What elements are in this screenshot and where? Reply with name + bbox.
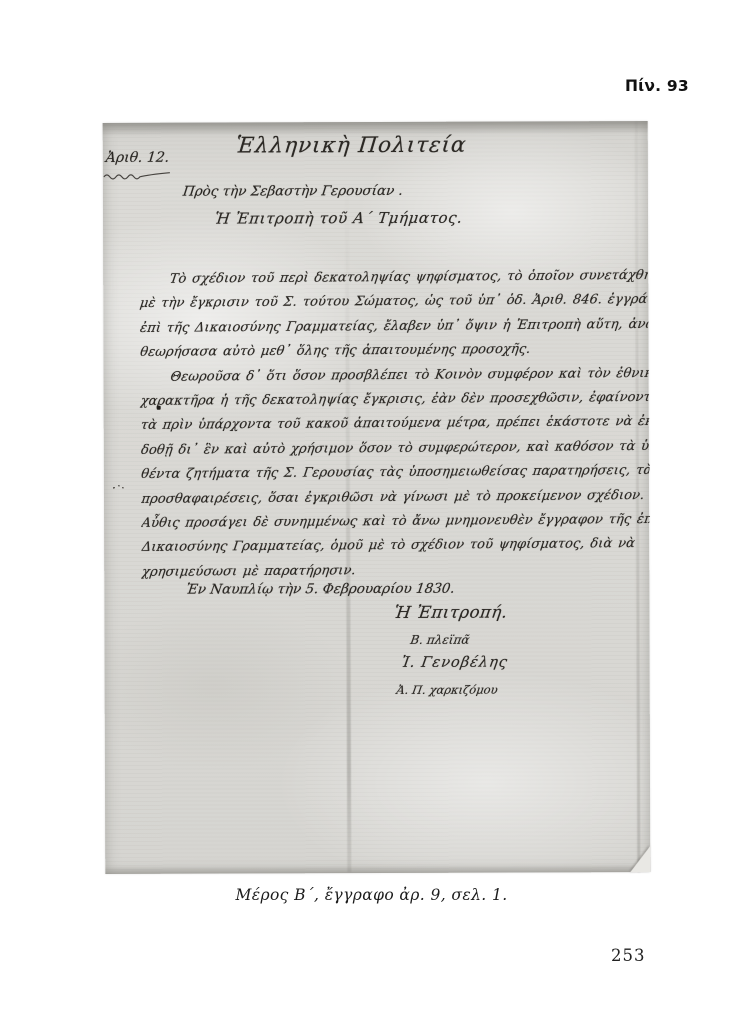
page-number: 253: [611, 946, 646, 965]
plate-caption: Μέρος Β΄, ἔγγραφο ἀρ. 9, σελ. 1.: [0, 886, 743, 904]
book-page: { "page": { "plate_label": "Πίν. 93", "c…: [0, 0, 743, 1027]
signature-2: Ἰ. Γενοβέλης: [400, 655, 509, 671]
scan-bottom-shadow: [105, 864, 650, 874]
paper-corner-fold: [630, 846, 650, 872]
plate-number-label: Πίν. 93: [625, 77, 695, 95]
handwritten-line: τὰ πρὶν ὑπάρχοντα τοῦ κακοῦ ἀπαιτούμενα …: [139, 410, 650, 438]
manuscript-scan: Ἀριθ. 12. Ἑλληνικὴ Πολιτεία Πρὸς τὴν Σεβ…: [103, 121, 651, 874]
ink-specks: [112, 483, 126, 491]
handwritten-line: θέντα ζητήματα τῆς Σ. Γερουσίας τὰς ὑποσ…: [140, 459, 651, 487]
document-title: Ἑλληνικὴ Πολιτεία: [78, 132, 626, 159]
ref-underline-flourish: [103, 169, 173, 183]
signature-1: Β. πλεϊπᾶ: [409, 633, 470, 647]
handwritten-line: θεωρήσασα αὐτὸ μεθ᾽ ὅλης τῆς ἀπαιτουμένη…: [139, 337, 650, 365]
ink-speck: [157, 406, 161, 410]
document-body: Τὸ σχέδιον τοῦ περὶ δεκατοληψίας ψηφίσμα…: [140, 264, 650, 585]
document-closing: Ἡ Ἐπιτροπή.: [393, 603, 509, 622]
document-sender: Ἡ Ἐπιτροπὴ τοῦ Α΄ Τμήματος.: [214, 209, 464, 228]
signature-3: Ἀ. Π. χαρκιζόμου: [396, 683, 499, 697]
handwritten-line: μὲ τὴν ἔγκρισιν τοῦ Σ. τούτου Σώματος, ὡ…: [138, 288, 649, 316]
document-date-line: Ἐν Ναυπλίῳ τὴν 5. Φεβρουαρίου 1830.: [185, 581, 456, 598]
document-addressee: Πρὸς τὴν Σεβαστὴν Γερουσίαν .: [182, 183, 404, 200]
